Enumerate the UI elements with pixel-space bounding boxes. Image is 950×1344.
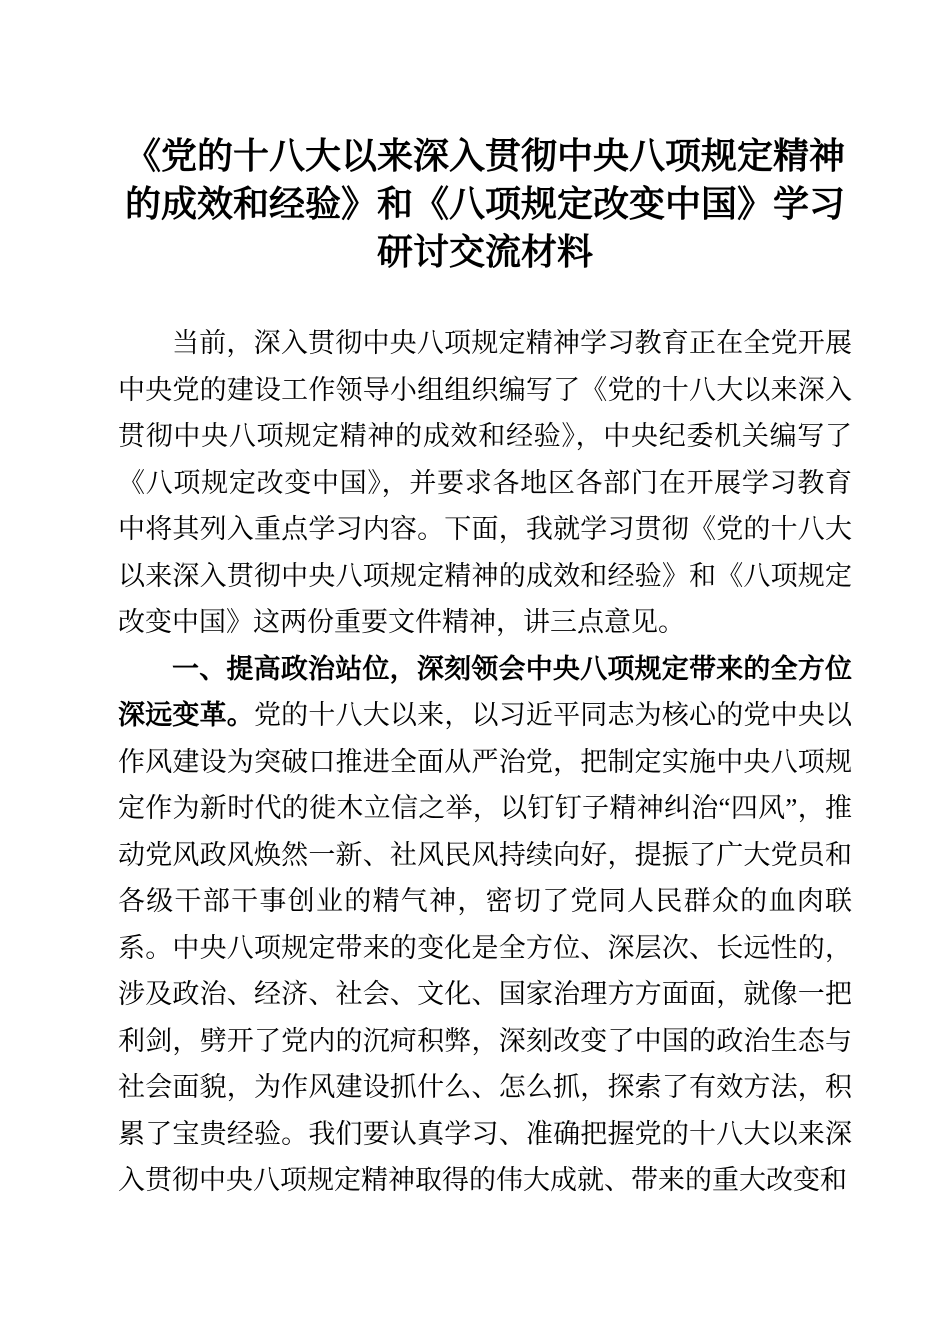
document-title: 《党的十八大以来深入贯彻中央八项规定精神的成效和经验》和《八项规定改变中国》学习… — [118, 132, 852, 276]
paragraph: 一、提高政治站位，深刻领会中央八项规定带来的全方位深远变革。党的十八大以来，以习… — [118, 646, 852, 1204]
document-body: 当前，深入贯彻中央八项规定精神学习教育正在全党开展中央党的建设工作领导小组组织编… — [118, 320, 852, 1204]
paragraph: 当前，深入贯彻中央八项规定精神学习教育正在全党开展中央党的建设工作领导小组组织编… — [118, 320, 852, 646]
document-page: 《党的十八大以来深入贯彻中央八项规定精神的成效和经验》和《八项规定改变中国》学习… — [0, 0, 950, 1344]
paragraph-text: 当前，深入贯彻中央八项规定精神学习教育正在全党开展中央党的建设工作领导小组组织编… — [118, 328, 852, 637]
paragraph-text: 党的十八大以来，以习近平同志为核心的党中央以作风建设为突破口推进全面从严治党，把… — [118, 700, 852, 1195]
